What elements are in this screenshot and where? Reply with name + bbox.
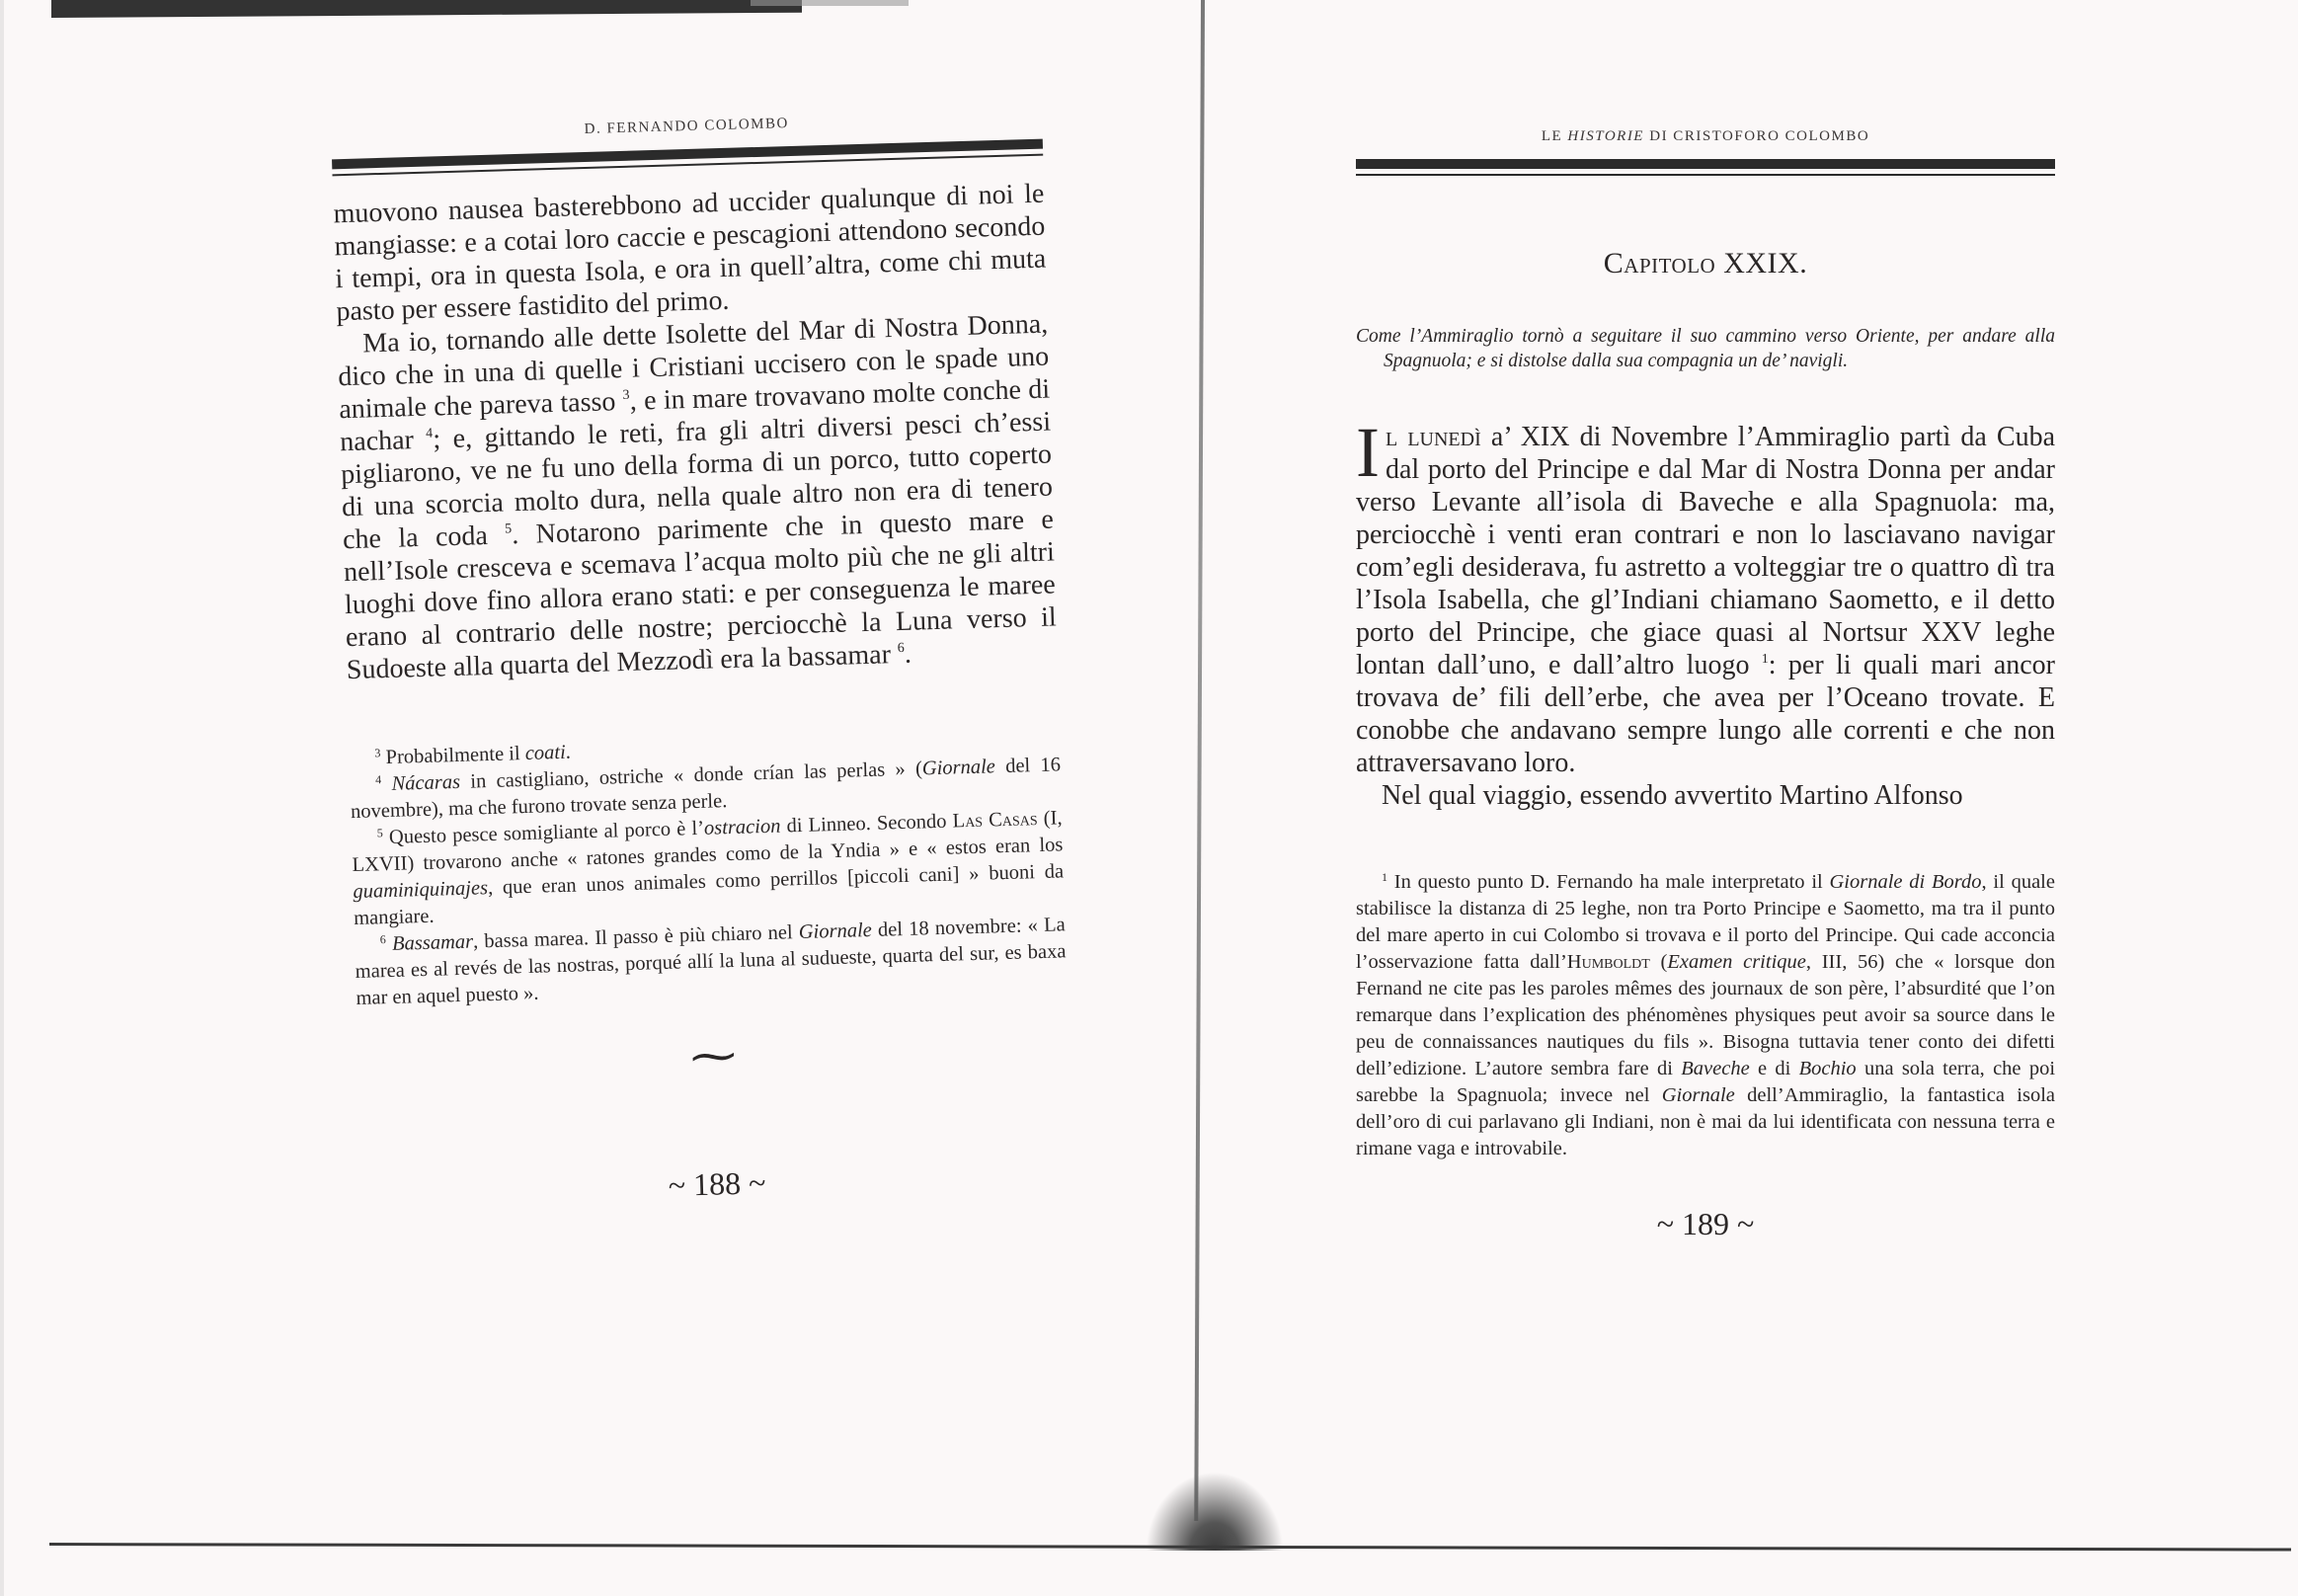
page-number: ~ 188 ~ [361, 1156, 1073, 1213]
book-gutter-shadow [1146, 1472, 1284, 1551]
fleuron-ornament: ⁓ [357, 1031, 1070, 1081]
paragraph: I l lunedì a’ XIX di Novembre l’Ammiragl… [1356, 421, 2055, 779]
page-right: LE HISTORIE DI CRISTOFORO COLOMBO Capito… [1356, 128, 2055, 1242]
book-gutter-line [1194, 0, 1205, 1521]
body-text: muovono nausea basterebbono ad uccider q… [333, 178, 1058, 687]
footnotes: 1 In questo punto D. Fernando ha male in… [1356, 869, 2055, 1162]
paragraph: Nel qual viaggio, essendo avvertito Mart… [1356, 779, 2055, 812]
chapter-title: Capitolo XXIX. [1356, 247, 2055, 280]
footnote: 1 In questo punto D. Fernando ha male in… [1356, 869, 2055, 1162]
chapter-summary: Come l’Ammiraglio tornò a seguitare il s… [1356, 324, 2055, 373]
header-rule-thick [1356, 159, 2055, 169]
running-head: LE HISTORIE DI CRISTOFORO COLOMBO [1356, 128, 2055, 145]
footnote: 5 Questo pesce somigliante al porco è l’… [351, 805, 1065, 932]
scan-left-edge [0, 0, 4, 1596]
header-rule-thin [1356, 174, 2055, 176]
footnotes: 3 Probabilmente il coati.4 Nácaras in ca… [349, 725, 1067, 1012]
paragraph: Ma io, tornando alle dette Isolette del … [337, 308, 1058, 687]
page-number: ~ 189 ~ [1356, 1206, 2055, 1242]
running-head: D. FERNANDO COLOMBO [331, 109, 1042, 146]
paragraph: muovono nausea basterebbono ad uccider q… [333, 178, 1048, 329]
paragraph-text: l lunedì a’ XIX di Novembre l’Ammiraglio… [1356, 422, 2055, 778]
drop-cap: I [1356, 424, 1380, 481]
scan-shadow-band [51, 0, 802, 18]
body-text: I l lunedì a’ XIX di Novembre l’Ammiragl… [1356, 421, 2055, 812]
scan-shadow-band-fade [751, 0, 909, 6]
page-left: D. FERNANDO COLOMBO muovono nausea baste… [331, 109, 1072, 1213]
